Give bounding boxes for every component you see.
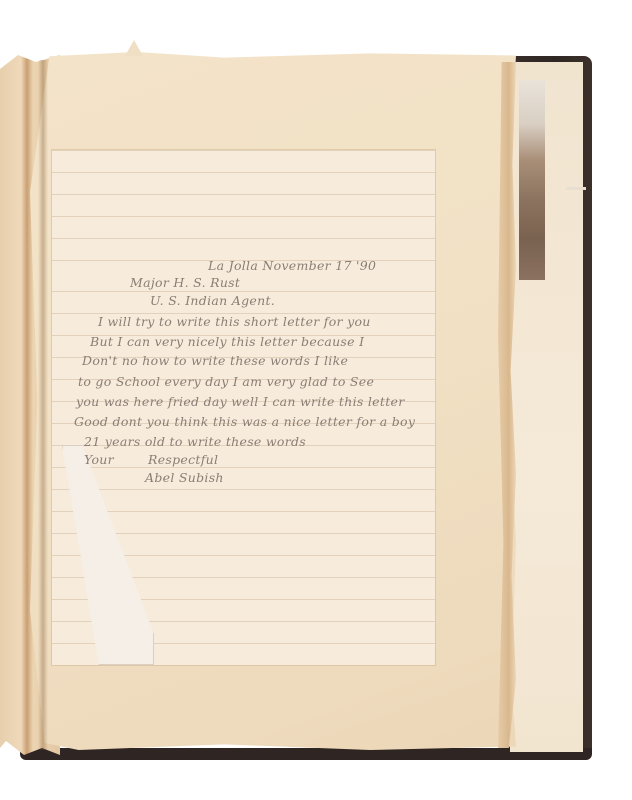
letter-body-line: 21 years old to write these words bbox=[84, 434, 306, 449]
letter-body-line: Good dont you think this was a nice lett… bbox=[74, 414, 415, 429]
letter-addressee: Major H. S. Rust bbox=[130, 275, 240, 290]
letter-body-line: you was here fried day well I can write … bbox=[76, 394, 405, 409]
letter-signature: Abel Subish bbox=[145, 470, 224, 485]
letter-body-line: Don't no how to write these words I like bbox=[82, 353, 348, 368]
letter-closing-your: Your bbox=[84, 452, 114, 467]
letter-body-line: But I can very nicely this letter becaus… bbox=[90, 334, 364, 349]
letter-body-line: to go School every day I am very glad to… bbox=[78, 374, 374, 389]
mounted-photograph bbox=[519, 80, 545, 280]
letter-dateline: La Jolla November 17 '90 bbox=[208, 258, 376, 273]
letter-closing-respectful: Respectful bbox=[148, 452, 218, 467]
photo-mount-tab bbox=[566, 187, 586, 190]
gutter-shadow bbox=[38, 60, 48, 750]
album-cover-bottom-edge bbox=[20, 748, 592, 760]
letter-addressee-title: U. S. Indian Agent. bbox=[150, 293, 275, 308]
letter-body-line: I will try to write this short letter fo… bbox=[98, 314, 371, 329]
page-tear bbox=[125, 40, 143, 56]
